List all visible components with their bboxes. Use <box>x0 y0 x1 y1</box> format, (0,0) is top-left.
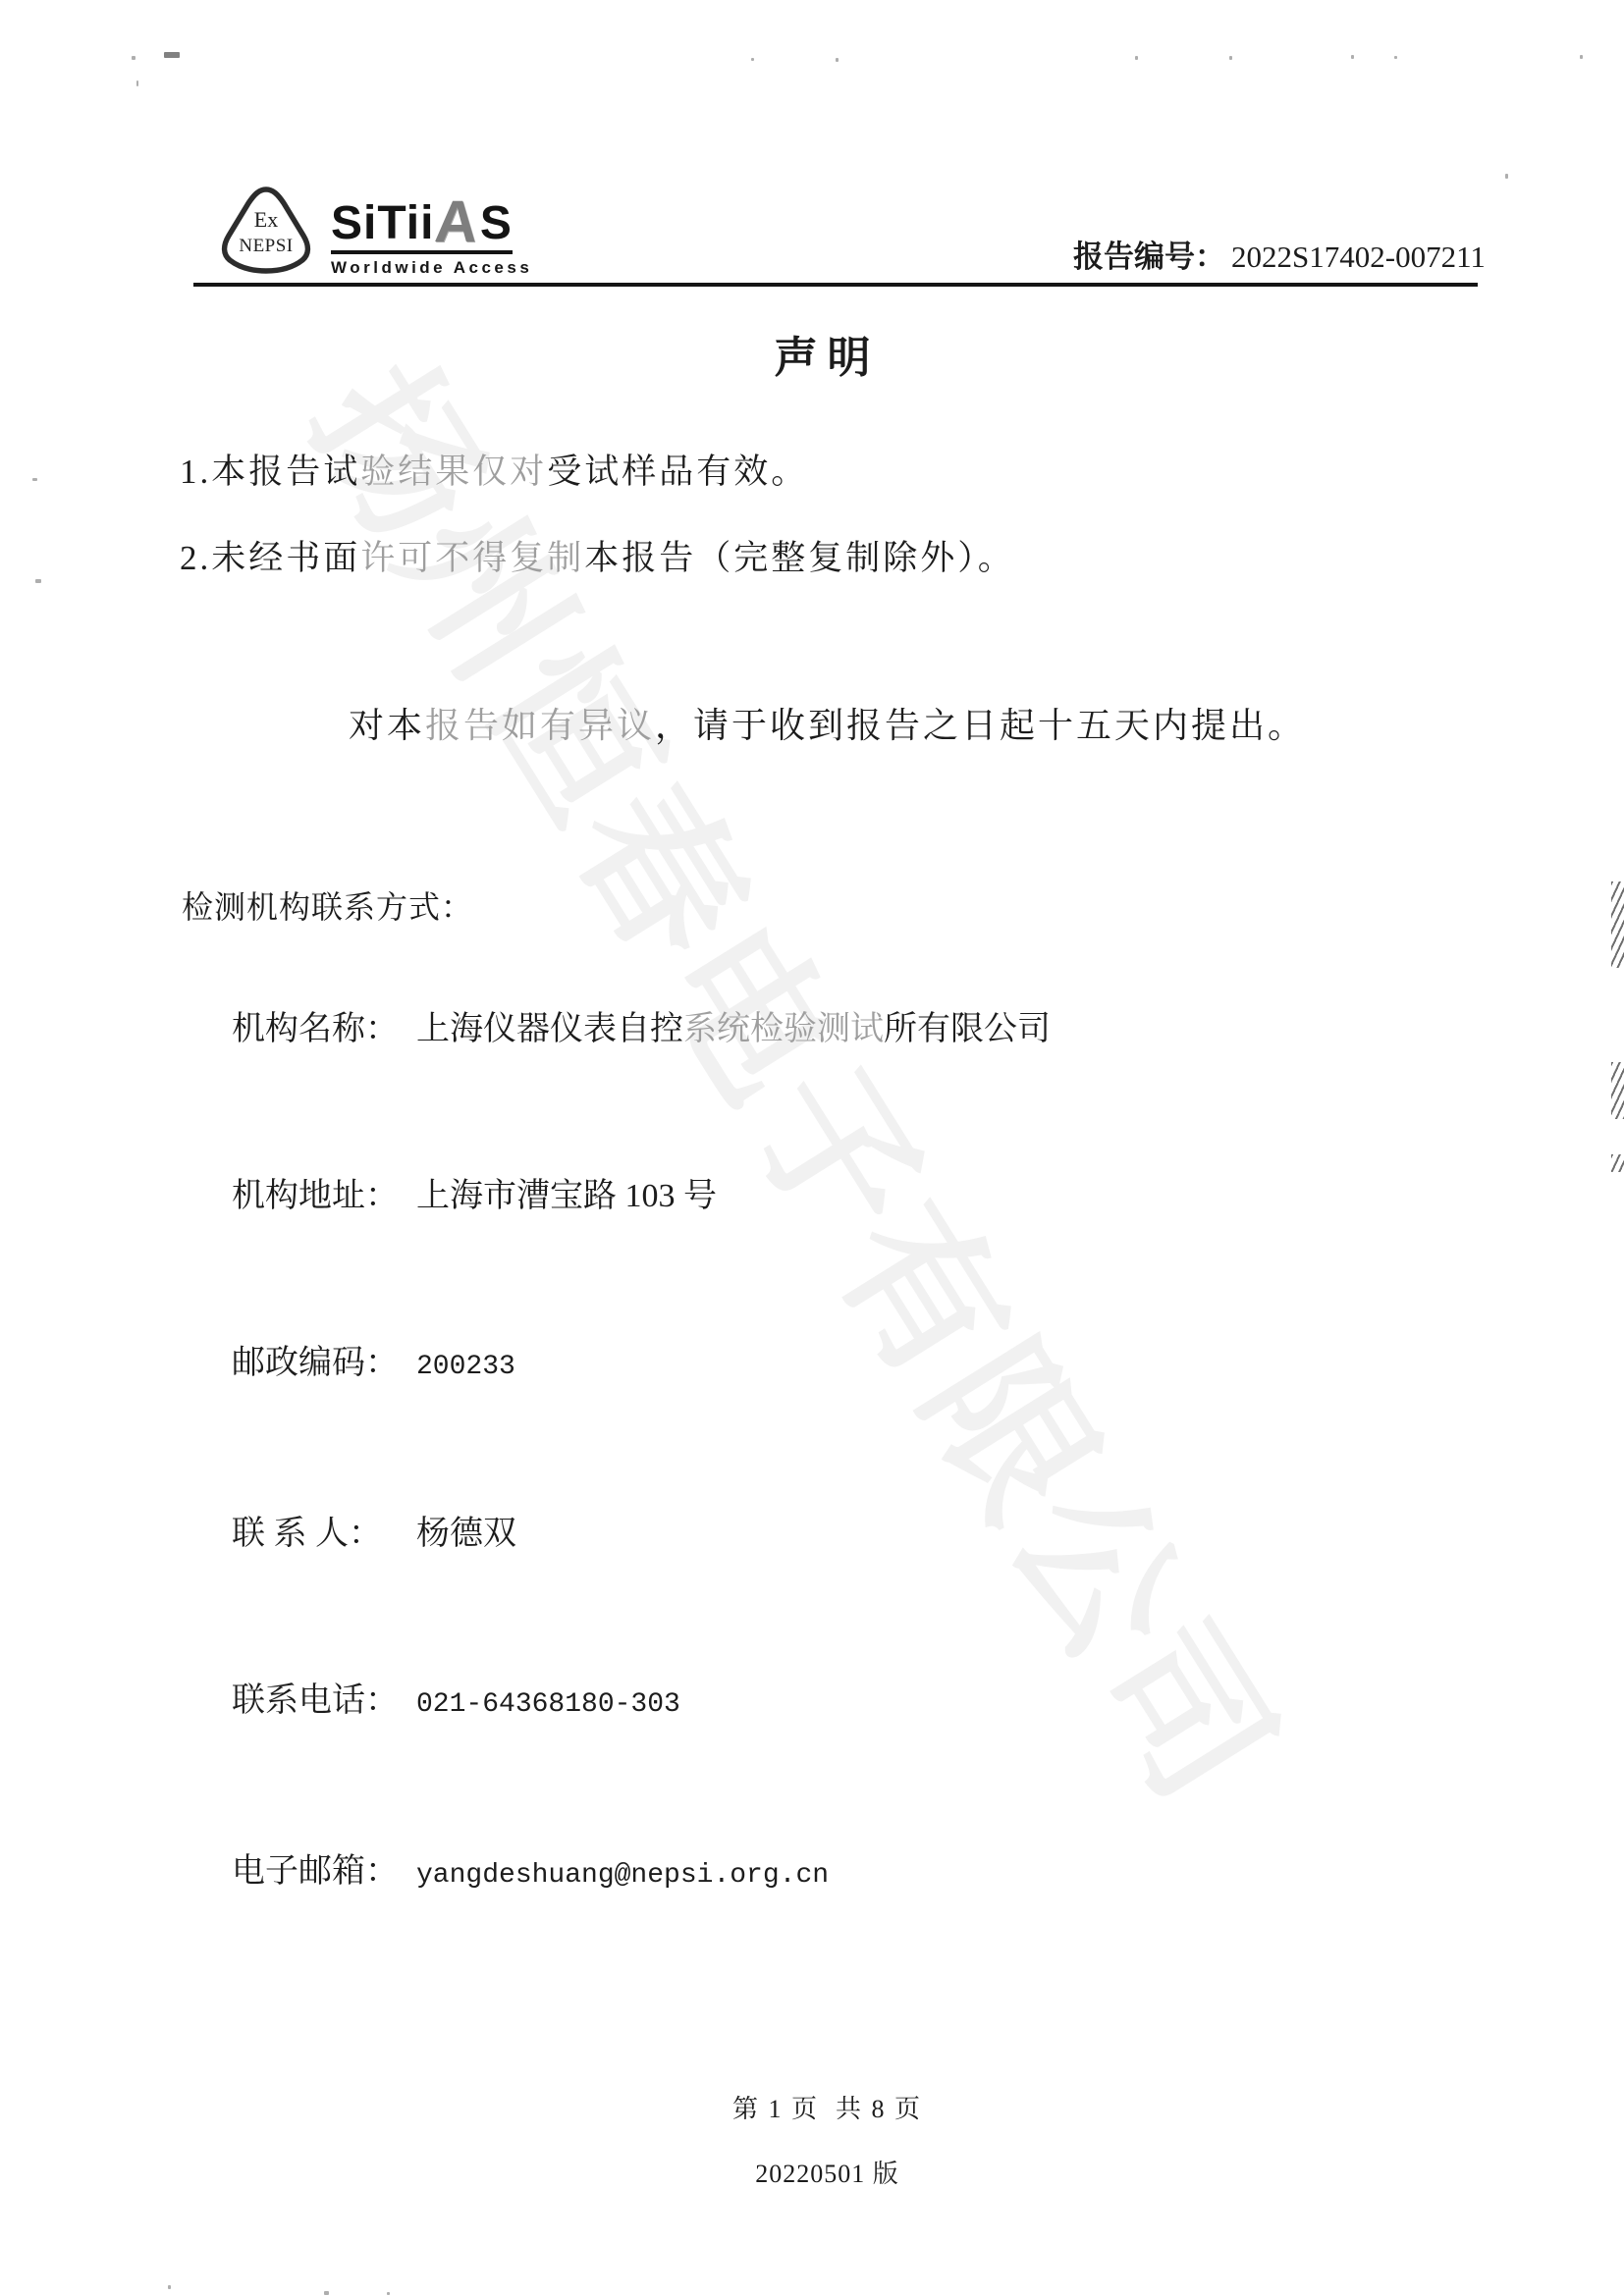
contact-info-block: 检测机构联系方式： 机构名称：上海仪器仪表自控系统检验测试所有限公司 机构地址：… <box>182 886 1051 1938</box>
edge-handwriting-fragment <box>1611 1154 1624 1172</box>
scan-noise <box>1580 55 1583 59</box>
contact-person-value: 杨德双 <box>416 1516 516 1552</box>
scan-noise <box>751 58 754 61</box>
edge-handwriting-fragment <box>1611 881 1624 968</box>
scan-noise <box>168 2285 171 2289</box>
scan-noise <box>136 80 138 86</box>
brand-tagline: Worldwide Access <box>331 258 532 278</box>
version-indicator: 20220501 版 <box>182 2154 1473 2190</box>
phone-label: 联系电话： <box>232 1681 406 1722</box>
email-label: 电子邮箱： <box>232 1851 406 1893</box>
org-address-value: 上海市漕宝路 103 号 <box>416 1178 717 1214</box>
scan-noise <box>836 58 839 62</box>
contact-row-email: 电子邮箱：yangdeshuang@nepsi.org.cn <box>182 1810 1051 1938</box>
scan-noise <box>1229 56 1232 60</box>
header-divider <box>193 283 1478 287</box>
scan-noise <box>1394 56 1397 59</box>
scan-noise <box>387 2292 390 2295</box>
contact-heading: 检测机构联系方式： <box>182 886 1051 928</box>
scan-noise <box>35 579 41 583</box>
brand-suffix: S <box>480 197 513 249</box>
postal-code-label: 邮政编码： <box>232 1343 406 1384</box>
report-number-label: 报告编号： <box>1073 240 1225 274</box>
org-address-label: 机构地址： <box>232 1176 406 1217</box>
report-number: 报告编号：2022S17402-007211 <box>1073 239 1486 275</box>
sitiias-wordmark: SiTiiAS <box>331 200 513 254</box>
scan-noise <box>324 2291 329 2295</box>
contact-row-org-name: 机构名称：上海仪器仪表自控系统检验测试所有限公司 <box>182 968 1051 1092</box>
logo-nepsi-text: NEPSI <box>239 236 293 256</box>
email-value: yangdeshuang@nepsi.org.cn <box>416 1860 829 1891</box>
logo-ex-text: Ex <box>254 207 278 232</box>
scan-noise <box>164 52 180 58</box>
page-indicator: 第 1 页 共 8 页 <box>182 2089 1473 2125</box>
brand-prefix: SiTii <box>331 197 434 249</box>
postal-code-value: 200233 <box>416 1352 515 1382</box>
objection-notice: 对本报告如有异议，请于收到报告之日起十五天内提出。 <box>182 698 1473 748</box>
scan-noise <box>1135 56 1138 60</box>
declaration-item-2: 2.未经书面许可不得复制本报告（完整复制除外）。 <box>180 539 1015 578</box>
scan-noise <box>1351 55 1354 59</box>
header-logo-row: Ex NEPSI SiTiiAS Worldwide Access <box>219 185 532 278</box>
scan-noise <box>32 478 37 481</box>
contact-row-contact-person: 联 系 人：杨德双 <box>182 1472 1051 1596</box>
declaration-item-1: 1.本报告试验结果仅对受试样品有效。 <box>180 453 808 492</box>
edge-handwriting-fragment <box>1611 1062 1624 1119</box>
scan-noise <box>132 56 135 60</box>
phone-value: 021-64368180-303 <box>416 1689 680 1720</box>
contact-person-label: 联 系 人： <box>232 1514 406 1555</box>
nepsi-ex-triangle-icon: Ex NEPSI <box>219 185 313 277</box>
contact-row-org-address: 机构地址：上海市漕宝路 103 号 <box>182 1135 1051 1258</box>
scan-noise <box>1505 174 1508 179</box>
report-number-value: 2022S17402-007211 <box>1231 240 1486 274</box>
contact-row-postal-code: 邮政编码：200233 <box>182 1302 1051 1429</box>
org-name-label: 机构名称： <box>232 1009 406 1050</box>
org-name-value: 上海仪器仪表自控系统检验测试所有限公司 <box>416 1011 1051 1047</box>
report-declaration-page: 扬州恒春电子有限公司 Ex NEPSI SiTiiAS Worldwide Ac… <box>0 0 1624 2296</box>
sitiias-logo: SiTiiAS Worldwide Access <box>331 200 532 278</box>
page-title: 声明 <box>182 322 1473 385</box>
contact-row-phone: 联系电话：021-64368180-303 <box>182 1639 1051 1767</box>
